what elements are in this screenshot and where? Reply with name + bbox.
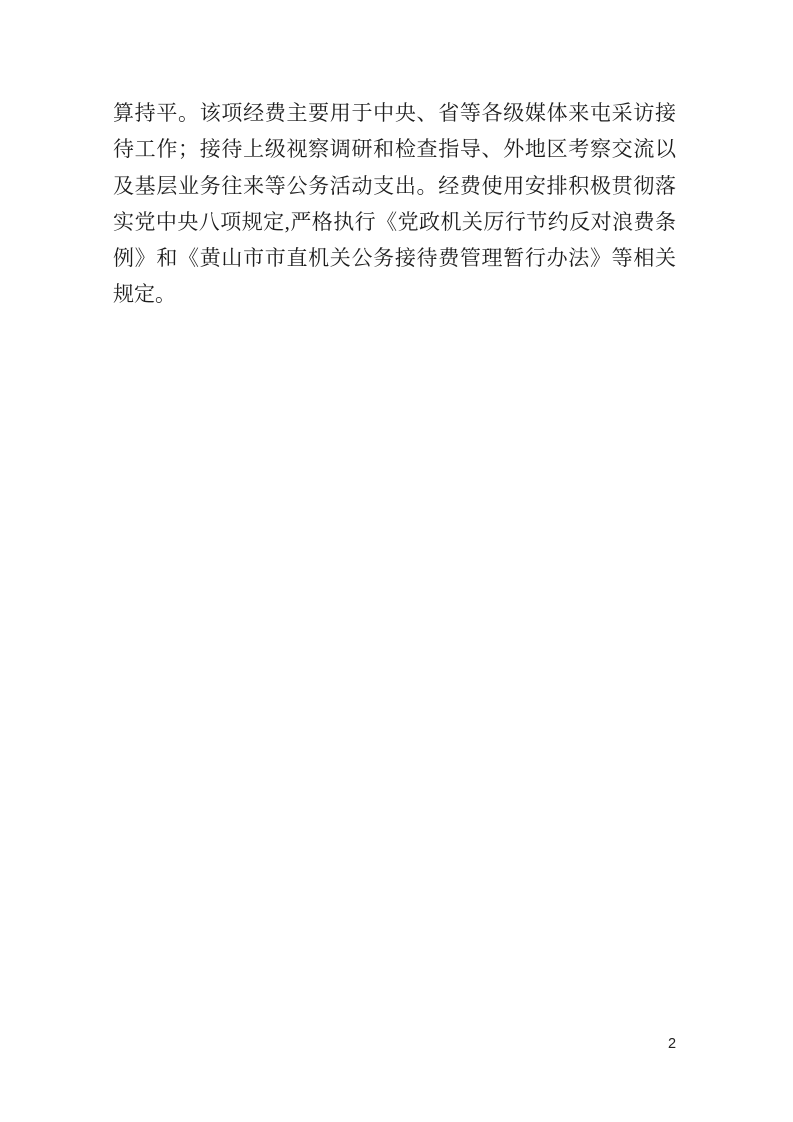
paragraph-line: 及基层业务往来等公务活动支出。经费使用安排积极贯彻落 [113, 168, 676, 204]
document-page: 算持平。该项经费主要用于中央、省等各级媒体来屯采访接 待工作；接待上级视察调研和… [0, 0, 793, 1122]
body-paragraph: 算持平。该项经费主要用于中央、省等各级媒体来屯采访接 待工作；接待上级视察调研和… [113, 95, 676, 313]
paragraph-line: 待工作；接待上级视察调研和检查指导、外地区考察交流以 [113, 131, 676, 167]
page-number: 2 [662, 1034, 682, 1054]
paragraph-line: 算持平。该项经费主要用于中央、省等各级媒体来屯采访接 [113, 95, 676, 131]
paragraph-line: 例》和《黄山市市直机关公务接待费管理暂行办法》等相关 [113, 240, 676, 276]
paragraph-line: 实党中央八项规定,严格执行《党政机关厉行节约反对浪费条 [113, 204, 676, 240]
paragraph-line: 规定。 [113, 276, 676, 312]
